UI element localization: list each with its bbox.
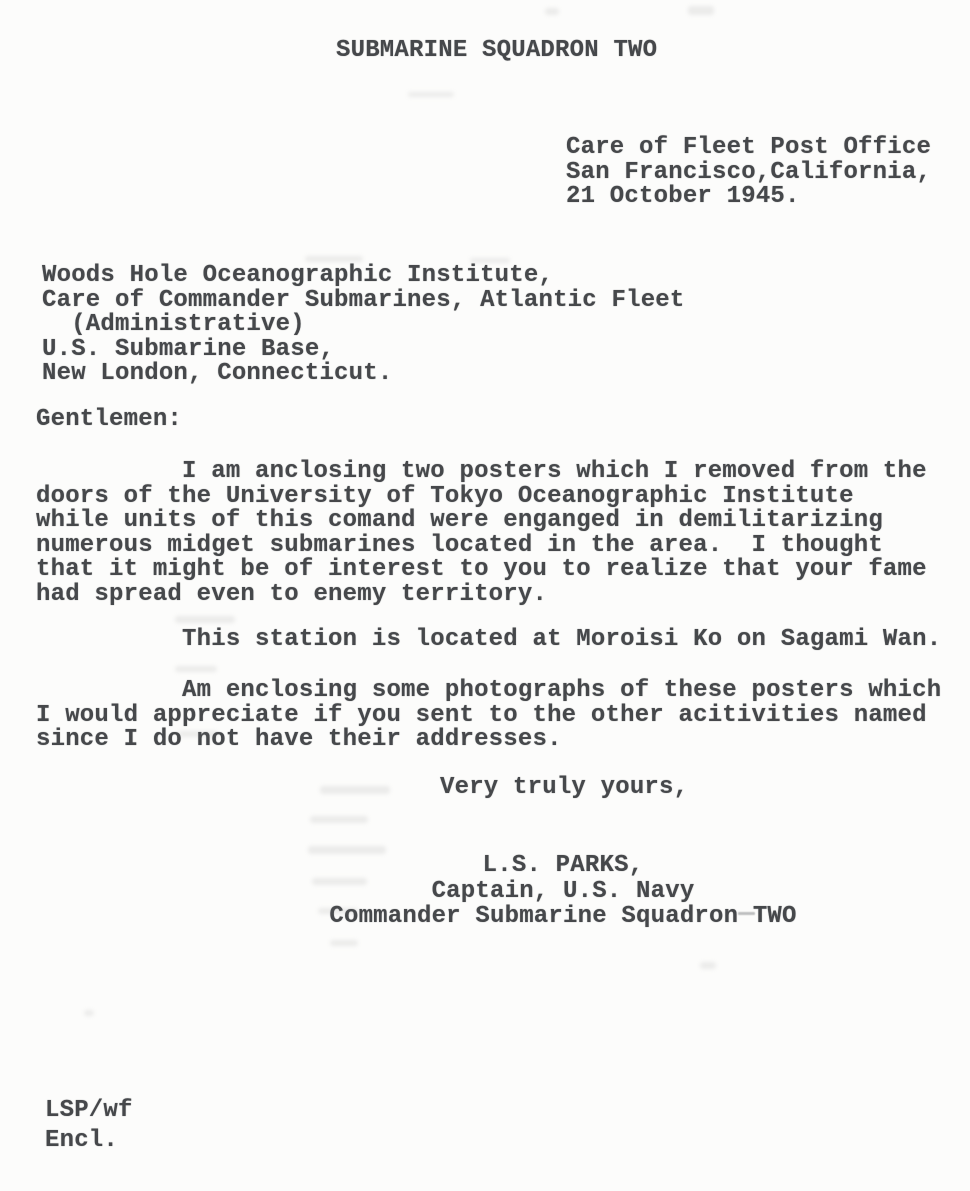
body-paragraph-2: This station is located at Moroisi Ko on… — [36, 628, 941, 653]
bleed-through-mark — [408, 92, 454, 97]
bleed-through-mark — [310, 816, 368, 823]
bleed-through-mark — [688, 6, 714, 15]
bleed-through-mark — [84, 1010, 94, 1016]
signature-block: L.S. PARKS, Captain, U.S. Navy Commander… — [323, 853, 803, 930]
bleed-through-mark — [175, 666, 217, 672]
typist-initials: LSP/wf — [45, 1099, 133, 1124]
body-paragraph-3: Am enclosing some photographs of these p… — [36, 679, 941, 753]
salutation: Gentlemen: — [36, 408, 182, 433]
enclosure-notation: Encl. — [45, 1129, 118, 1154]
letterhead-title: SUBMARINE SQUADRON TWO — [336, 39, 657, 64]
scanned-letter-page: SUBMARINE SQUADRON TWO Care of Fleet Pos… — [0, 0, 970, 1191]
bleed-through-mark — [330, 940, 358, 946]
body-paragraph-1: I am anclosing two posters which I remov… — [36, 460, 927, 607]
bleed-through-mark — [545, 8, 559, 15]
bleed-through-mark — [700, 962, 716, 969]
complimentary-closing: Very truly yours, — [440, 776, 688, 801]
recipient-address: Woods Hole Oceanographic Institute, Care… — [42, 264, 685, 387]
return-address-dateline: Care of Fleet Post Office San Francisco,… — [566, 136, 931, 210]
bleed-through-mark — [175, 616, 235, 623]
bleed-through-mark — [320, 786, 390, 794]
